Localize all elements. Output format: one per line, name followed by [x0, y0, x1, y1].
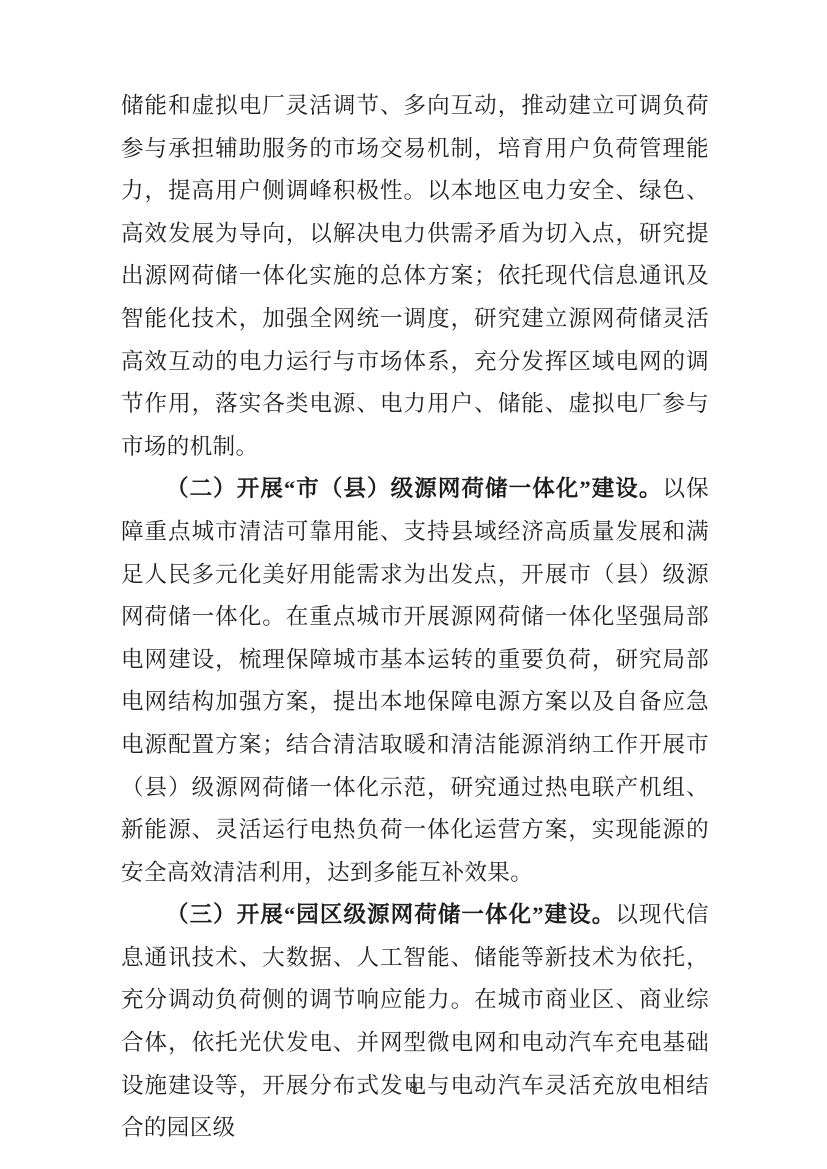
page-number: 8	[0, 1078, 827, 1098]
paragraph-text: 以现代信息通讯技术、大数据、人工智能、储能等新技术为依托，充分调动负荷侧的调节响…	[121, 902, 709, 1140]
paragraph-lead: （三）开展“园区级源网荷储一体化”建设。	[166, 902, 615, 927]
paragraph-lead: （二）开展“市（县）级源网荷储一体化”建设。	[166, 476, 663, 501]
document-page: 储能和虚拟电厂灵活调节、多向互动，推动建立可调负荷参与承担辅助服务的市场交易机制…	[0, 0, 827, 1169]
paragraph-section-3: （三）开展“园区级源网荷储一体化”建设。以现代信息通讯技术、大数据、人工智能、储…	[121, 894, 709, 1150]
paragraph-text: 以保障重点城市清洁可靠用能、支持县域经济高质量发展和满足人民多元化美好用能需求为…	[121, 476, 709, 884]
paragraph-section-2: （二）开展“市（县）级源网荷储一体化”建设。以保障重点城市清洁可靠用能、支持县域…	[121, 468, 709, 894]
paragraph-text: 储能和虚拟电厂灵活调节、多向互动，推动建立可调负荷参与承担辅助服务的市场交易机制…	[121, 93, 709, 459]
document-body: 储能和虚拟电厂灵活调节、多向互动，推动建立可调负荷参与承担辅助服务的市场交易机制…	[121, 85, 709, 1150]
paragraph-continuation: 储能和虚拟电厂灵活调节、多向互动，推动建立可调负荷参与承担辅助服务的市场交易机制…	[121, 85, 709, 468]
